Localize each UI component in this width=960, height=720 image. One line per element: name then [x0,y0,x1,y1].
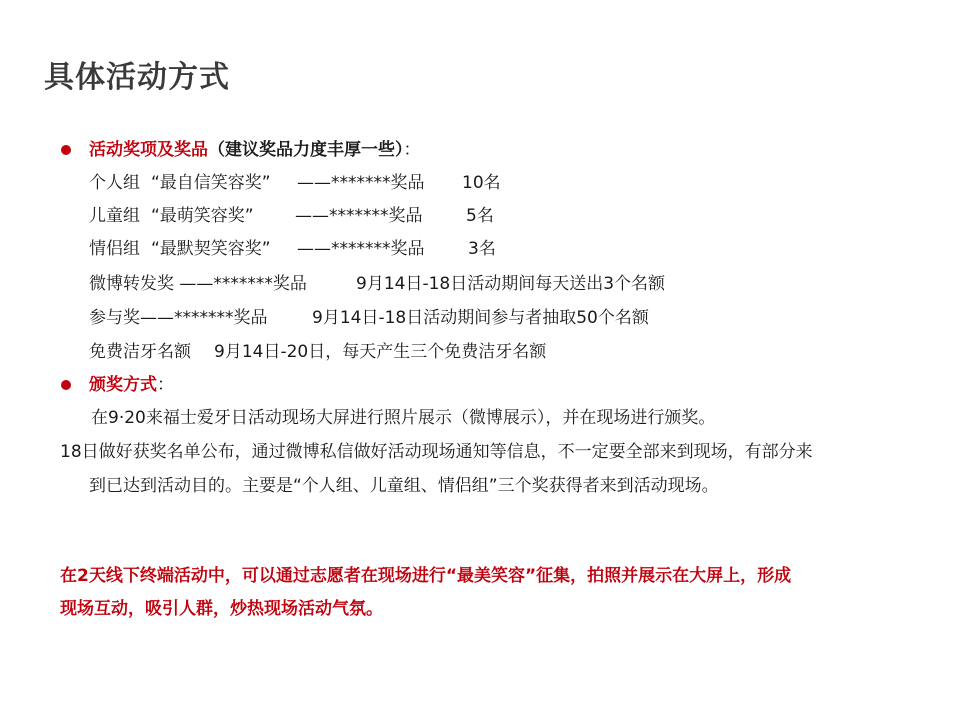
bullet-icon [61,380,71,390]
award-group: 情侣组 [89,238,140,260]
extra-detail: 9月14日-20日，每天产生三个免费洁牙名额 [214,341,546,363]
extra-label: 免费洁牙名额 [89,341,191,363]
heading-note: （建议奖品力度丰厚一些） [208,140,404,160]
ceremony-text-3: 到已达到活动目的。主要是“个人组、儿童组、情侣组”三个奖获得者来到活动现场。 [89,475,719,497]
ceremony-text-1: 在9·20来福士爱牙日活动现场大屏进行照片展示（微博展示），并在现场进行颁奖。 [91,407,715,429]
page-title: 具体活动方式 [44,52,230,96]
extra-detail: 9月14日-18日活动期间参与者抽取50个名额 [312,307,649,329]
award-count: 5名 [466,205,494,227]
award-count: 3名 [468,238,496,260]
heading-red-text: 活动奖项及奖品 [89,140,208,160]
highlight-text-1: 在2天线下终端活动中，可以通过志愿者在现场进行“最美笑容”征集，拍照并展示在大屏… [60,565,791,587]
heading-red-text: 颁奖方式 [89,375,157,395]
award-name: “最萌笑容奖” [151,205,254,227]
heading-colon: ： [157,375,174,395]
award-count: 10名 [462,172,501,194]
section-heading-awards: 活动奖项及奖品（建议奖品力度丰厚一些）： [89,139,421,161]
award-group: 儿童组 [89,205,140,227]
extra-label: 微博转发奖 ——*******奖品 [89,273,307,295]
award-prize: ——*******奖品 [295,205,423,227]
highlight-text-2: 现场互动，吸引人群，炒热现场活动气氛。 [60,598,383,620]
award-prize: ——*******奖品 [297,172,425,194]
heading-colon: ： [404,140,421,160]
extra-detail: 9月14日-18日活动期间每天送出3个名额 [356,273,665,295]
award-name: “最自信笑容奖” [151,172,271,194]
ceremony-text-2: 18日做好获奖名单公布，通过微博私信做好活动现场通知等信息，不一定要全部来到现场… [60,441,813,463]
bullet-icon [61,145,71,155]
award-group: 个人组 [89,172,140,194]
extra-label: 参与奖——*******奖品 [89,307,268,329]
award-name: “最默契笑容奖” [151,238,271,260]
section-heading-ceremony: 颁奖方式： [89,374,174,396]
award-prize: ——*******奖品 [297,238,425,260]
